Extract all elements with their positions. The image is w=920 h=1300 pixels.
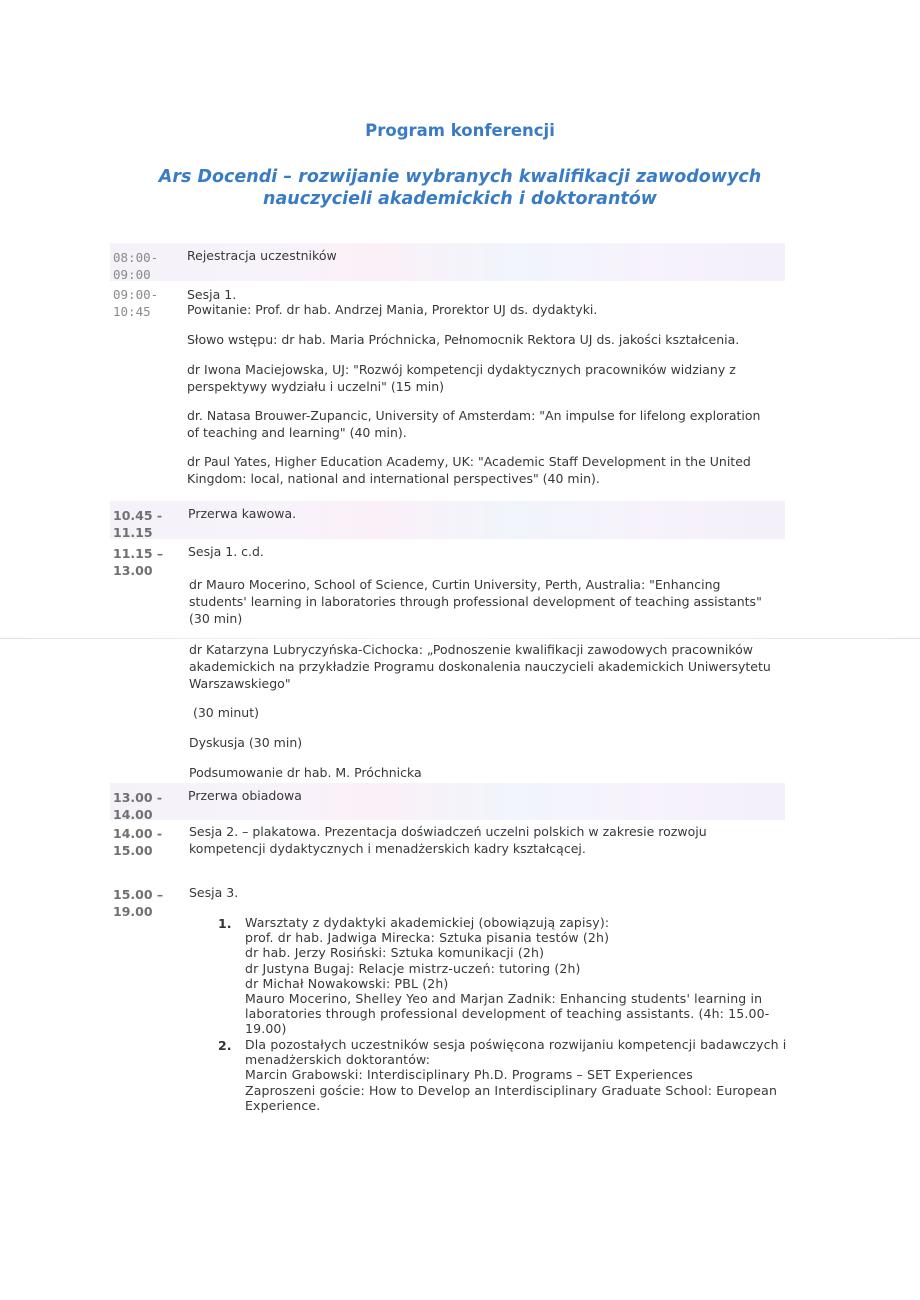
talk-lubryczynska-cichocka: dr Katarzyna Lubryczyńska-Cichocka: „Pod…	[189, 641, 789, 692]
schedule-text: Przerwa kawowa.	[188, 506, 788, 522]
subtitle-line-1: Ars Docendi – rozwijanie wybranych kwali…	[0, 166, 920, 188]
time-range: 13.00 - 14.00	[113, 789, 183, 823]
session-title: Sesja 3.	[189, 885, 789, 901]
schedule-row-session-2: 14.00 - 15.00 Sesja 2. – plakatowa. Prez…	[110, 820, 785, 860]
list-item-workshops: Warsztaty z dydaktyki akademickiej (obow…	[245, 915, 790, 1037]
schedule-row-session-1: 09:00- 10:45 Sesja 1.	[110, 281, 785, 301]
list-number: 1.	[218, 916, 231, 931]
talk-maciejowska: dr Iwona Maciejowska, UJ: "Rozwój kompet…	[187, 361, 787, 395]
time-range: 11.15 – 13.00	[113, 545, 183, 579]
summary: Podsumowanie dr hab. M. Próchnicka	[189, 764, 789, 781]
scan-fold-line	[0, 638, 920, 639]
conference-subtitle: Ars Docendi – rozwijanie wybranych kwali…	[0, 166, 920, 210]
schedule-row-registration: 08:00- 09:00 Rejestracja uczestników	[110, 243, 785, 281]
session-description: Sesja 2. – plakatowa. Prezentacja doświa…	[189, 823, 789, 857]
schedule-text: Rejestracja uczestników	[187, 248, 787, 264]
list-item-doctoral-session: Dla pozostałych uczestników sesja poświę…	[245, 1037, 790, 1113]
page-title: Program konferencji	[0, 121, 920, 140]
schedule-row-session-3: 15.00 – 19.00 Sesja 3.	[110, 880, 785, 920]
session-title: Sesja 1. c.d.	[188, 544, 788, 560]
time-range: 14.00 - 15.00	[113, 825, 183, 859]
subtitle-line-2: nauczycieli akademickich i doktorantów	[0, 188, 920, 210]
talk-yates: dr Paul Yates, Higher Education Academy,…	[187, 453, 787, 487]
time-range: 15.00 – 19.00	[113, 886, 183, 920]
list-number: 2.	[218, 1038, 231, 1053]
talk-brouwer-zupancic: dr. Natasa Brouwer-Zupancic, University …	[187, 407, 787, 441]
time-range: 08:00- 09:00	[113, 249, 183, 283]
time-range: 09:00- 10:45	[113, 286, 183, 320]
schedule-row-session-1-cont: 11.15 – 13.00 Sesja 1. c.d.	[110, 539, 785, 579]
discussion: Dyskusja (30 min)	[189, 734, 789, 751]
talk-mocerino: dr Mauro Mocerino, School of Science, Cu…	[189, 576, 789, 627]
time-range: 10.45 - 11.15	[113, 507, 183, 541]
schedule-row-coffee-break: 10.45 - 11.15 Przerwa kawowa.	[110, 501, 785, 539]
schedule-text: Przerwa obiadowa	[188, 788, 788, 804]
intro-speaker: Słowo wstępu: dr hab. Maria Próchnicka, …	[187, 331, 787, 348]
welcome-speaker: Powitanie: Prof. dr hab. Andrzej Mania, …	[187, 301, 787, 318]
schedule-row-lunch: 13.00 - 14.00 Przerwa obiadowa	[110, 783, 785, 820]
talk-duration: (30 minut)	[189, 704, 789, 721]
